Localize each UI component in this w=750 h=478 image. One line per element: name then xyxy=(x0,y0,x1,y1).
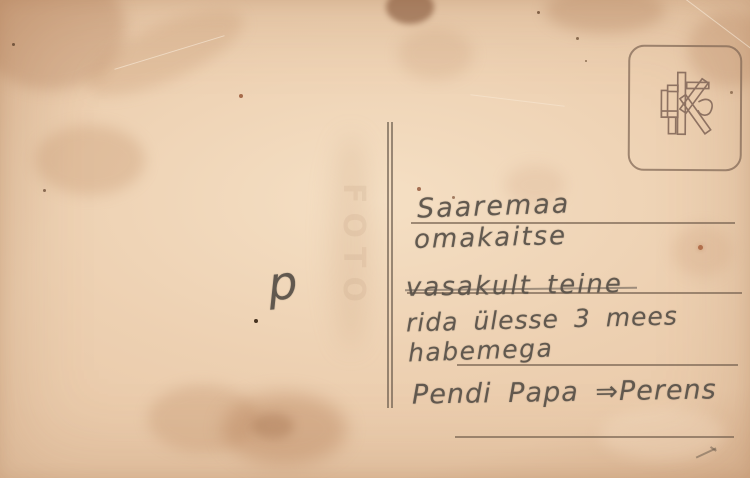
speck xyxy=(576,37,579,40)
speck xyxy=(254,319,258,323)
stamp-box xyxy=(628,45,743,172)
stain xyxy=(35,125,145,195)
speck xyxy=(12,43,15,46)
address-line-4 xyxy=(455,436,734,438)
speck xyxy=(537,11,540,14)
handwritten-line-3: vasakult teine xyxy=(406,271,623,301)
stain xyxy=(672,225,732,277)
handwritten-letter-p: p xyxy=(266,259,299,307)
divider-line-left xyxy=(387,122,389,408)
speck xyxy=(43,189,46,192)
speck xyxy=(585,60,587,62)
stain xyxy=(398,28,473,80)
stain xyxy=(386,0,434,24)
lk-monogram-icon xyxy=(654,71,714,143)
paper-watermark: FOTO xyxy=(336,183,371,311)
speck xyxy=(417,187,421,191)
divider-line-right xyxy=(391,122,393,408)
postcard-back: FOTO p Saaremaa omakaitse vasakult teine… xyxy=(0,0,750,478)
handwritten-line-4: rida ülesse 3 mees xyxy=(406,303,678,335)
handwritten-line-1: Saaremaa xyxy=(417,190,571,222)
handwritten-line-2: omakaitse xyxy=(414,223,568,253)
handwritten-line-5: habemega xyxy=(408,335,554,365)
crease-line xyxy=(470,94,564,107)
stain xyxy=(252,413,294,439)
speck xyxy=(698,245,703,250)
speck xyxy=(239,94,243,98)
handwritten-line-6: Pendi Papa ⇒Perens xyxy=(412,376,717,408)
stain xyxy=(545,0,665,33)
